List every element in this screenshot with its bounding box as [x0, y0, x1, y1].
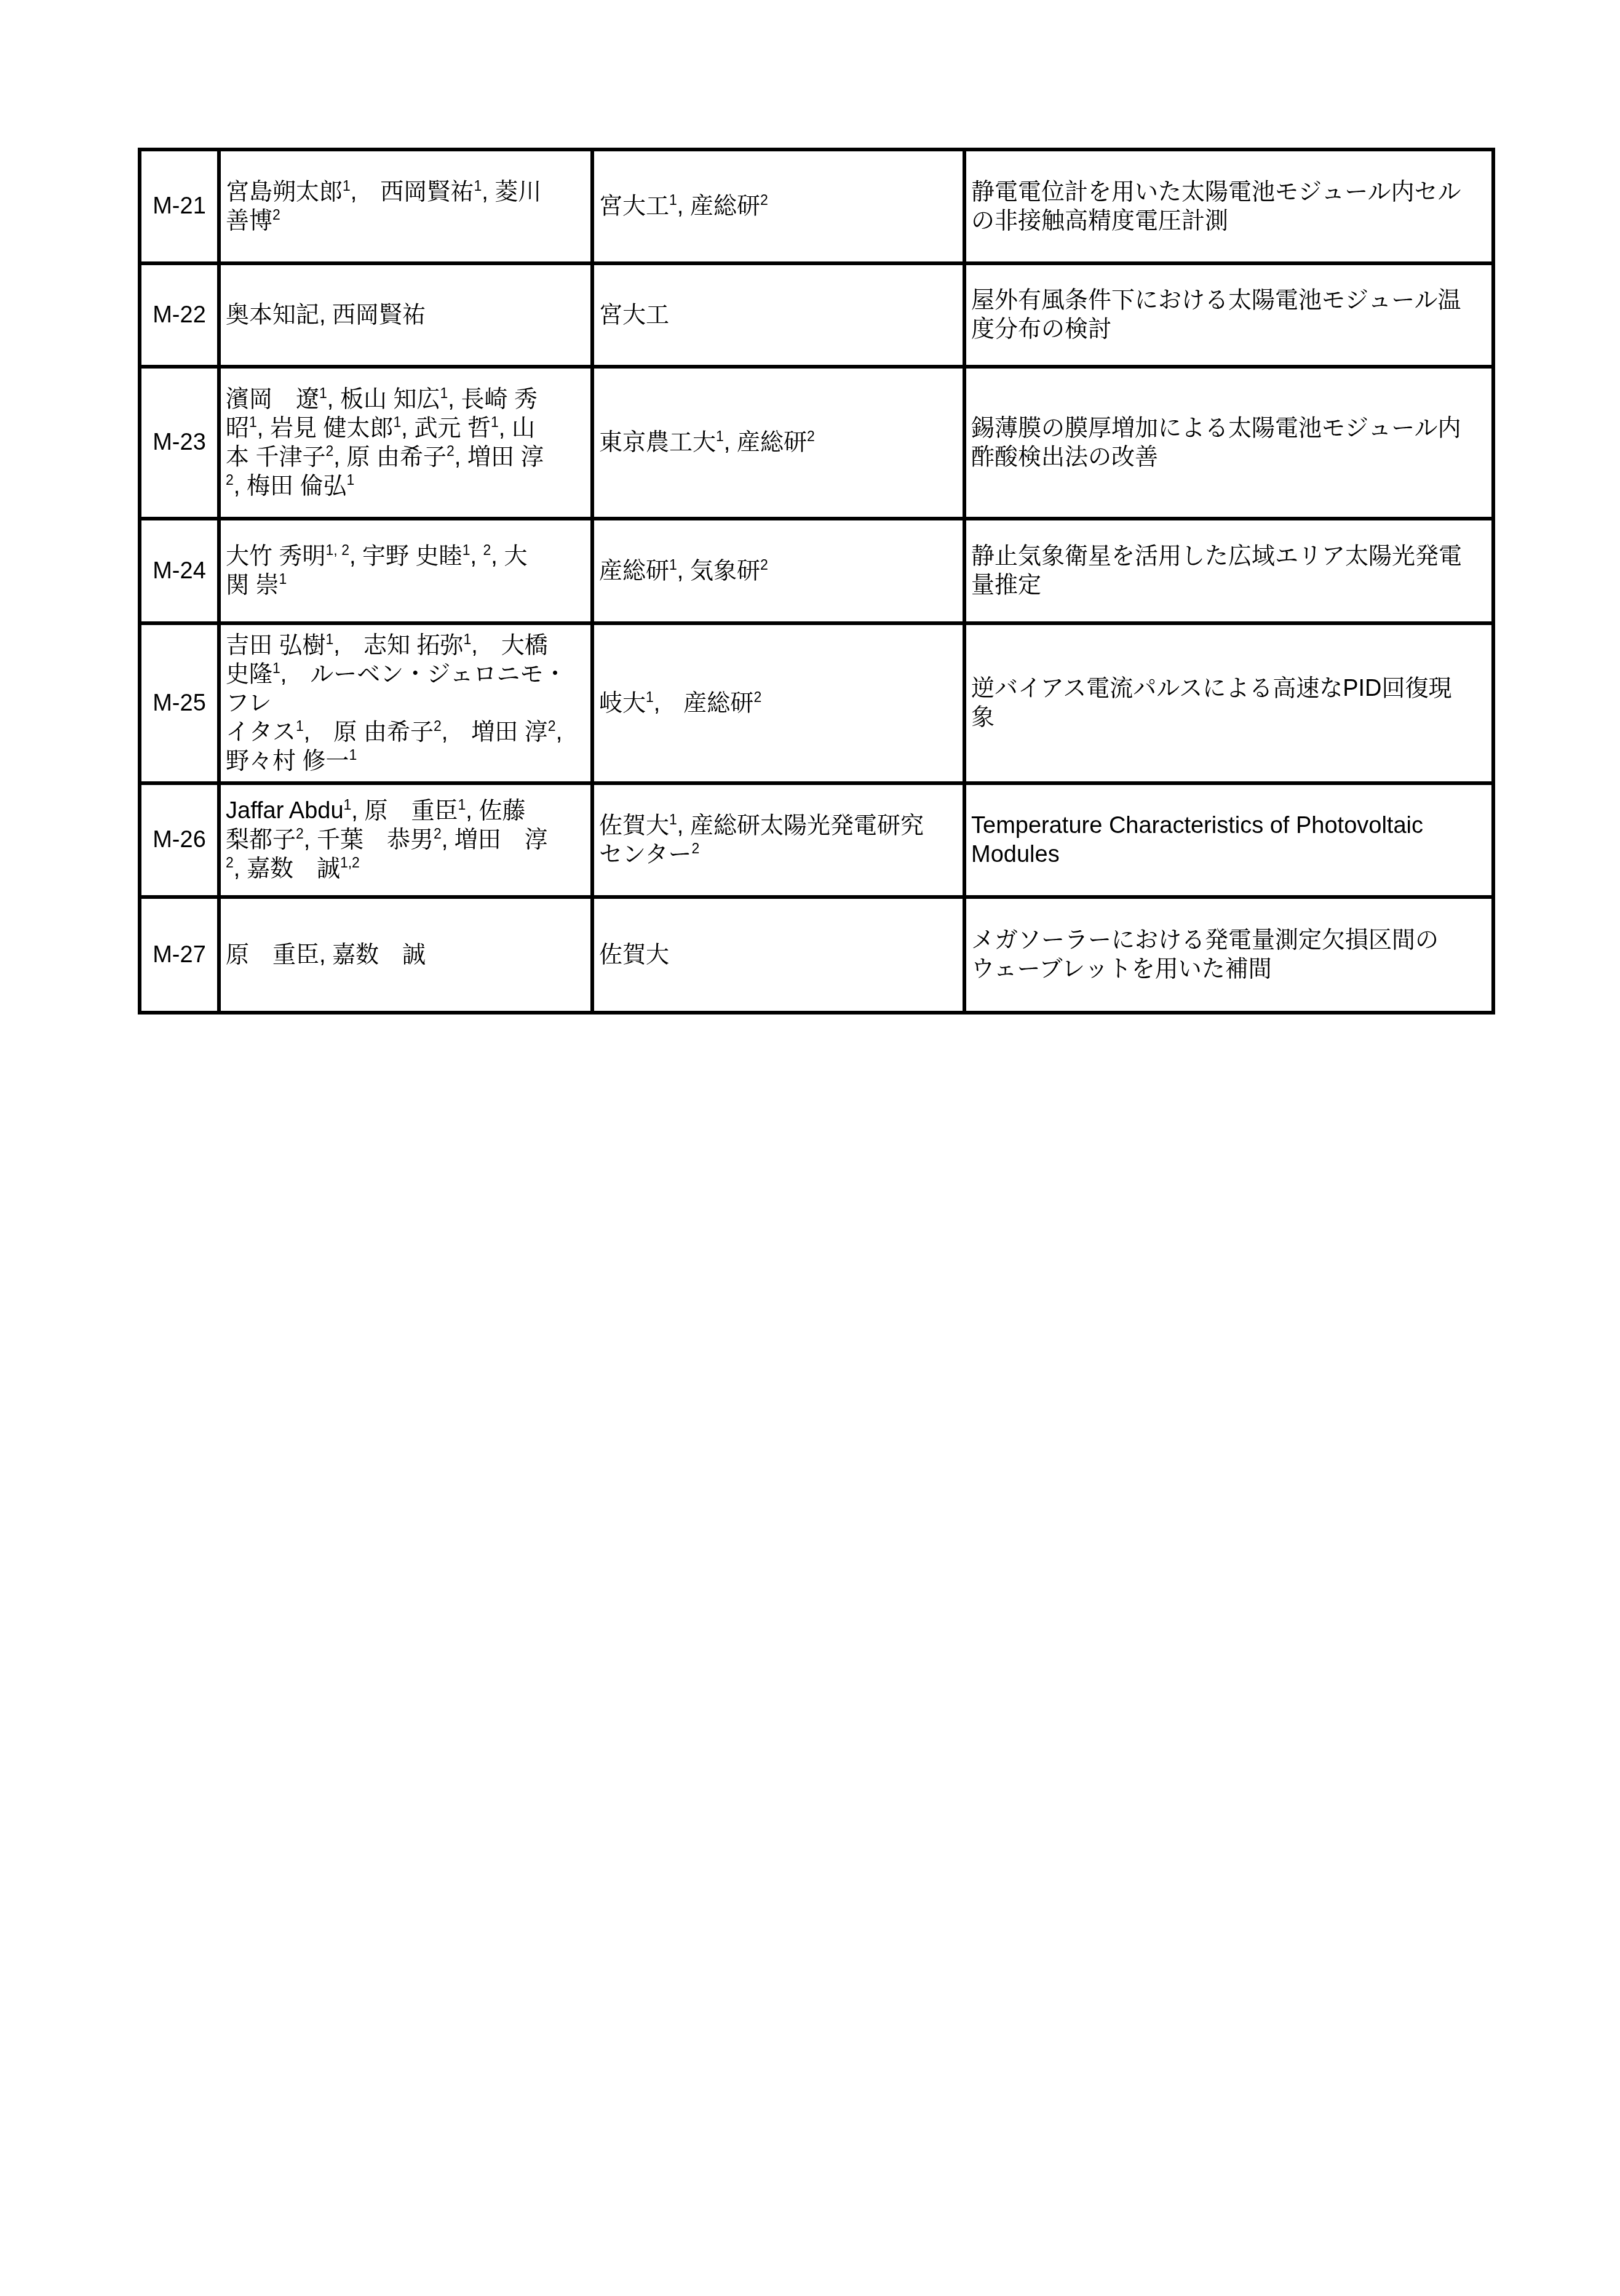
superscript: 1	[669, 192, 677, 208]
title-cell: 錫薄膜の膜厚増加による太陽電池モジュール内 酢酸検出法の改善	[964, 367, 1493, 519]
authors-cell: 宮島朔太郎1, 西岡賢祐1, 菱川 善博2	[219, 149, 592, 263]
authors-cell: 吉田 弘樹1, 志知 拓弥1, 大橋 史隆1, ルーベン・ジェロニモ・フレ イタ…	[219, 623, 592, 783]
superscript: 1	[326, 631, 334, 647]
superscript: 1	[344, 797, 352, 813]
authors-cell: 奥本知記, 西岡賢祐	[219, 263, 592, 367]
superscript: 2	[760, 557, 768, 573]
authors-cell: Jaffar Abdu1, 原 重臣1, 佐藤 梨都子2, 千葉 恭男2, 増田…	[219, 783, 592, 897]
paper-id-cell: M-25	[140, 623, 219, 783]
superscript: 1	[669, 811, 677, 827]
superscript: 1	[296, 718, 304, 734]
paper-id-cell: M-27	[140, 897, 219, 1013]
superscript: 1	[463, 542, 471, 558]
superscript: 2	[691, 840, 699, 856]
title-cell: 屋外有風条件下における太陽電池モジュール温 度分布の検討	[964, 263, 1493, 367]
superscript: 2	[296, 826, 304, 842]
superscript: 2	[753, 689, 761, 705]
affiliation-cell: 産総研1, 気象研2	[592, 519, 964, 623]
table-row: M-23 濱岡 遼1, 板山 知広1, 長崎 秀 昭1, 岩見 健太郎1, 武元…	[140, 367, 1493, 519]
superscript: 1, 2	[326, 542, 349, 558]
superscript: 1	[272, 660, 280, 676]
superscript: 1	[394, 414, 402, 430]
superscript: 1	[319, 385, 327, 401]
program-table: M-21 宮島朔太郎1, 西岡賢祐1, 菱川 善博2 宮大工1, 産総研2 静電…	[138, 148, 1495, 1014]
authors-cell: 濱岡 遼1, 板山 知広1, 長崎 秀 昭1, 岩見 健太郎1, 武元 哲1, …	[219, 367, 592, 519]
superscript: 1	[474, 178, 482, 194]
superscript: 1	[349, 747, 357, 763]
superscript: 2	[807, 428, 815, 444]
affiliation-cell: 佐賀大	[592, 897, 964, 1013]
title-cell: Temperature Characteristics of Photovolt…	[964, 783, 1493, 897]
table-row: M-21 宮島朔太郎1, 西岡賢祐1, 菱川 善博2 宮大工1, 産総研2 静電…	[140, 149, 1493, 263]
table-row: M-27 原 重臣, 嘉数 誠 佐賀大 メガソーラーにおける発電量測定欠損区間の…	[140, 897, 1493, 1013]
superscript: 2	[326, 443, 334, 459]
paper-id-cell: M-24	[140, 519, 219, 623]
superscript: 1,2	[340, 855, 360, 871]
superscript: 1	[646, 689, 654, 705]
authors-cell: 大竹 秀明1, 2, 宇野 史睦1, 2, 大 関 崇1	[219, 519, 592, 623]
paper-id-cell: M-22	[140, 263, 219, 367]
superscript: 2	[434, 718, 442, 734]
authors-cell: 原 重臣, 嘉数 誠	[219, 897, 592, 1013]
affiliation-cell: 宮大工	[592, 263, 964, 367]
superscript: 1	[346, 472, 354, 488]
title-cell: 静止気象衛星を活用した広域エリア太陽光発電 量推定	[964, 519, 1493, 623]
superscript: 1	[279, 571, 287, 587]
paper-id-cell: M-23	[140, 367, 219, 519]
superscript: 2	[760, 192, 768, 208]
paper-id-cell: M-21	[140, 149, 219, 263]
paper-id-cell: M-26	[140, 783, 219, 897]
superscript: 1	[491, 414, 499, 430]
title-cell: 静電電位計を用いた太陽電池モジュール内セル の非接触高精度電圧計測	[964, 149, 1493, 263]
affiliation-cell: 東京農工大1, 産総研2	[592, 367, 964, 519]
table-row: M-22 奥本知記, 西岡賢祐 宮大工 屋外有風条件下における太陽電池モジュール…	[140, 263, 1493, 367]
title-cell: 逆バイアス電流パルスによる高速なPID回復現 象	[964, 623, 1493, 783]
superscript: 1	[249, 414, 257, 430]
superscript: 1	[669, 557, 677, 573]
superscript: 2	[548, 718, 556, 734]
superscript: 2	[434, 826, 442, 842]
superscript: 2	[226, 472, 234, 488]
superscript: 2	[447, 443, 455, 459]
title-cell: メガソーラーにおける発電量測定欠損区間の ウェーブレットを用いた補間	[964, 897, 1493, 1013]
superscript: 1	[343, 178, 351, 194]
table-row: M-24 大竹 秀明1, 2, 宇野 史睦1, 2, 大 関 崇1 産総研1, …	[140, 519, 1493, 623]
superscript: 1	[440, 385, 448, 401]
table-row: M-26 Jaffar Abdu1, 原 重臣1, 佐藤 梨都子2, 千葉 恭男…	[140, 783, 1493, 897]
superscript: 2	[272, 207, 280, 223]
affiliation-cell: 岐大1, 産総研2	[592, 623, 964, 783]
superscript: 1	[716, 428, 724, 444]
document-page: M-21 宮島朔太郎1, 西岡賢祐1, 菱川 善博2 宮大工1, 産総研2 静電…	[0, 0, 1620, 2296]
table-row: M-25 吉田 弘樹1, 志知 拓弥1, 大橋 史隆1, ルーベン・ジェロニモ・…	[140, 623, 1493, 783]
affiliation-cell: 佐賀大1, 産総研太陽光発電研究 センター2	[592, 783, 964, 897]
superscript: 1	[463, 631, 471, 647]
superscript: 2	[483, 542, 491, 558]
affiliation-cell: 宮大工1, 産総研2	[592, 149, 964, 263]
superscript: 1	[458, 797, 466, 813]
superscript: 2	[226, 855, 234, 871]
